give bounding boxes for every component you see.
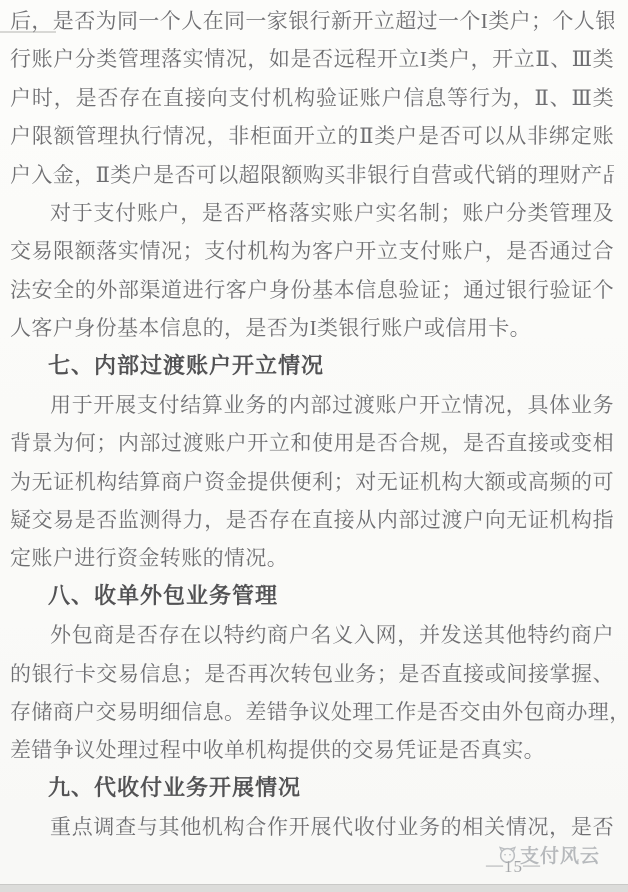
section-heading-7: 七、内部过渡账户开立情况 bbox=[10, 348, 614, 386]
paragraph-line: 用于开展支付结算业务的内部过渡账户开立情况，具体业务 bbox=[10, 386, 614, 424]
paragraph-line: 外包商是否存在以特约商户名义入网，并发送其他特约商户 bbox=[10, 616, 614, 654]
document-text-block: 后，是否为同一个人在同一家银行新开立超过一个I类户；个人银 行账户分类管理落实情… bbox=[10, 2, 614, 847]
paragraph-line: 交易限额落实情况；支付机构为客户开立支付账户，是否通过合 bbox=[10, 232, 614, 270]
paragraph-line: 差错争议处理过程中收单机构提供的交易凭证是否真实。 bbox=[10, 731, 614, 769]
page-number-dash-left: — bbox=[486, 855, 504, 875]
paragraph-line: 疑交易是否监测得力，是否存在直接从内部过渡户向无证机构指 bbox=[10, 501, 614, 539]
paragraph-line: 户入金，Ⅱ类户是否可以超限额购买非银行自营或代销的理财产品。 bbox=[10, 156, 614, 194]
page-number-value: 15 bbox=[504, 857, 523, 876]
document-page: 后，是否为同一个人在同一家银行新开立超过一个I类户；个人银 行账户分类管理落实情… bbox=[0, 0, 628, 892]
paragraph-line: 为无证机构结算商户资金提供便利；对无证机构大额或高频的可 bbox=[10, 463, 614, 501]
paragraph-line: 的银行卡交易信息；是否再次转包业务；是否直接或间接掌握、 bbox=[10, 655, 614, 693]
paragraph-line: 人客户身份基本信息的，是否为I类银行账户或信用卡。 bbox=[10, 309, 614, 347]
paragraph-line: 户时，是否存在直接向支付机构验证账户信息等行为，Ⅱ、Ⅲ类 bbox=[10, 79, 614, 117]
page-number: —15— bbox=[486, 857, 541, 877]
paragraph-line: 法安全的外部渠道进行客户身份基本信息验证；通过银行验证个 bbox=[10, 271, 614, 309]
paragraph-line: 后，是否为同一个人在同一家银行新开立超过一个I类户；个人银 bbox=[10, 2, 614, 40]
paragraph-line: 对于支付账户，是否严格落实账户实名制；账户分类管理及 bbox=[10, 194, 614, 232]
paragraph-line: 存储商户交易明细信息。差错争议处理工作是否交由外包商办理， bbox=[10, 693, 614, 731]
paragraph-line: 户限额管理执行情况，非柜面开立的Ⅱ类户是否可以从非绑定账 bbox=[10, 117, 614, 155]
section-heading-9: 九、代收付业务开展情况 bbox=[10, 770, 614, 808]
section-heading-8: 八、收单外包业务管理 bbox=[10, 578, 614, 616]
page-number-dash-right: — bbox=[523, 855, 541, 875]
paragraph-line: 行账户分类管理落实情况，如是否远程开立I类户，开立Ⅱ、Ⅲ类 bbox=[10, 40, 614, 78]
page-bottom-edge bbox=[0, 884, 628, 892]
paragraph-line: 定账户进行资金转账的情况。 bbox=[10, 539, 614, 577]
paragraph-line: 背景为何；内部过渡账户开立和使用是否合规，是否直接或变相 bbox=[10, 424, 614, 462]
